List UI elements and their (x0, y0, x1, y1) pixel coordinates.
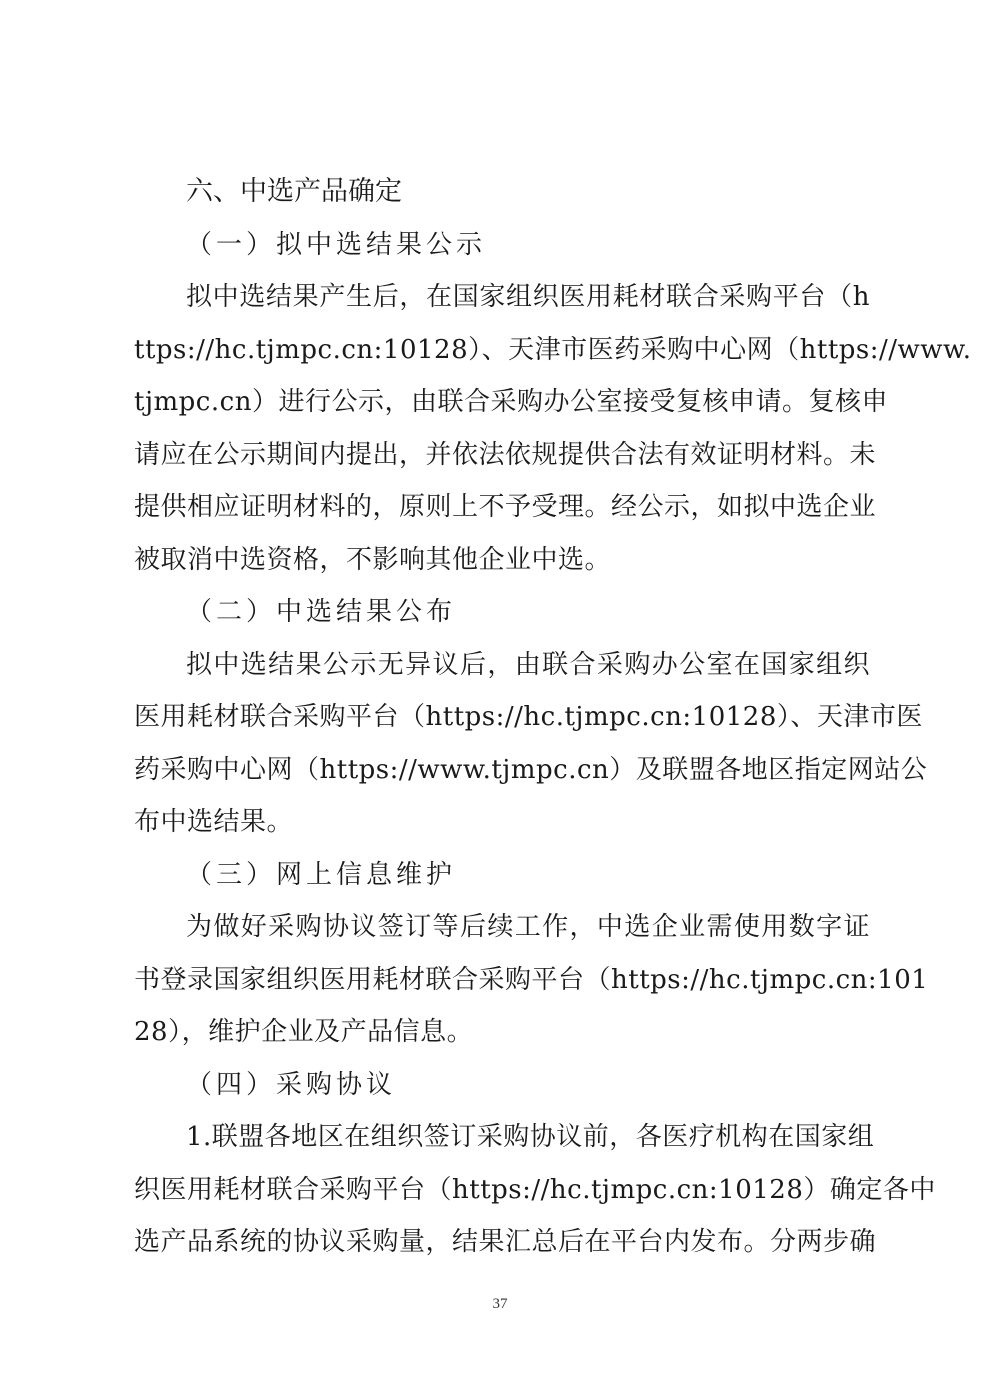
paragraph-line: 提供相应证明材料的，原则上不予受理。经公示，如拟中选企业 (134, 481, 870, 534)
paragraph-line: 为做好采购协议签订等后续工作，中选企业需使用数字证 (134, 901, 870, 954)
page-content: 六、中选产品确定 （一）拟中选结果公示 拟中选结果产生后，在国家组织医用耗材联合… (134, 166, 870, 1269)
paragraph-line: 布中选结果。 (134, 796, 870, 849)
subsection-2-paragraph: 拟中选结果公示无异议后，由联合采购办公室在国家组织 医用耗材联合采购平台（htt… (134, 639, 870, 849)
paragraph-line: 药采购中心网（https://www.tjmpc.cn）及联盟各地区指定网站公 (134, 744, 870, 797)
paragraph-line: 请应在公示期间内提出，并依法依规提供合法有效证明材料。未 (134, 429, 870, 482)
subsection-4-paragraph: 1.联盟各地区在组织签订采购协议前，各医疗机构在国家组 织医用耗材联合采购平台（… (134, 1111, 870, 1269)
paragraph-line: 拟中选结果公示无异议后，由联合采购办公室在国家组织 (134, 639, 870, 692)
paragraph-line: 被取消中选资格，不影响其他企业中选。 (134, 534, 870, 587)
paragraph-line: 医用耗材联合采购平台（https://hc.tjmpc.cn:10128）、天津… (134, 691, 870, 744)
page-number: 37 (0, 1296, 1000, 1313)
subsection-1-paragraph: 拟中选结果产生后，在国家组织医用耗材联合采购平台（h ttps://hc.tjm… (134, 271, 870, 586)
paragraph-line: tjmpc.cn）进行公示，由联合采购办公室接受复核申请。复核申 (134, 376, 870, 429)
paragraph-line: 1.联盟各地区在组织签订采购协议前，各医疗机构在国家组 (134, 1111, 870, 1164)
paragraph-line: 织医用耗材联合采购平台（https://hc.tjmpc.cn:10128）确定… (134, 1164, 870, 1217)
subsection-4-heading: （四）采购协议 (134, 1059, 870, 1112)
section-6-heading: 六、中选产品确定 (134, 166, 870, 219)
paragraph-line: 28），维护企业及产品信息。 (134, 1006, 870, 1059)
paragraph-line: ttps://hc.tjmpc.cn:10128）、天津市医药采购中心网（htt… (134, 324, 870, 377)
paragraph-line: 拟中选结果产生后，在国家组织医用耗材联合采购平台（h (134, 271, 870, 324)
subsection-2-heading: （二）中选结果公布 (134, 586, 870, 639)
document-page: 六、中选产品确定 （一）拟中选结果公示 拟中选结果产生后，在国家组织医用耗材联合… (0, 0, 1000, 1381)
subsection-3-heading: （三）网上信息维护 (134, 849, 870, 902)
paragraph-line: 选产品系统的协议采购量，结果汇总后在平台内发布。分两步确 (134, 1216, 870, 1269)
subsection-3-paragraph: 为做好采购协议签订等后续工作，中选企业需使用数字证 书登录国家组织医用耗材联合采… (134, 901, 870, 1059)
paragraph-line: 书登录国家组织医用耗材联合采购平台（https://hc.tjmpc.cn:10… (134, 954, 870, 1007)
subsection-1-heading: （一）拟中选结果公示 (134, 219, 870, 272)
